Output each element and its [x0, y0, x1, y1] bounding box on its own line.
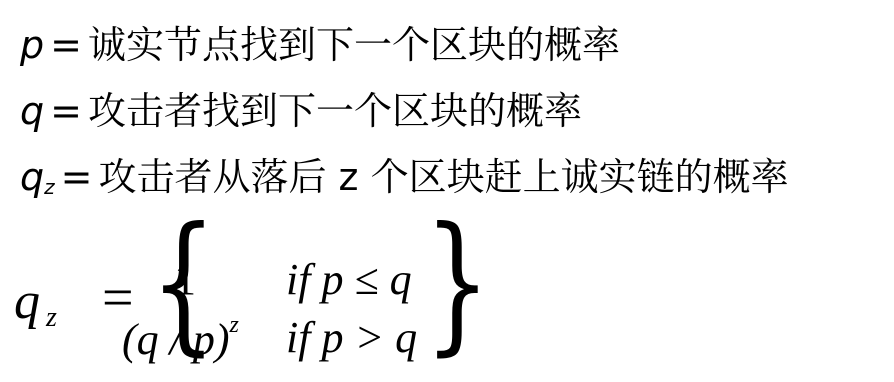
definition-p: p=诚实节点找到下一个区块的概率 [20, 22, 620, 68]
definition-q: q=攻击者找到下一个区块的概率 [20, 88, 582, 134]
lhs-subscript: z [46, 302, 57, 333]
case-1-condition: if p ≤ q [286, 254, 412, 305]
case-2-base: (q / p) [122, 315, 230, 364]
case-2-condition: if p > q [286, 312, 417, 363]
symbol-q: q [20, 89, 44, 133]
equals-sign: = [61, 155, 93, 199]
case-2-value: (q / p)z [122, 312, 239, 365]
piecewise-formula: qz = { 1 if p ≤ q (q / p)z if p > q } [14, 226, 464, 376]
equals-sign: = [50, 89, 82, 133]
right-brace: } [424, 208, 491, 358]
definition-text: 攻击者从落后 z 个区块赶上诚实链的概率 [98, 155, 788, 199]
definition-qz: qz=攻击者从落后 z 个区块赶上诚实链的概率 [20, 154, 789, 210]
definition-text: 诚实节点找到下一个区块的概率 [88, 23, 620, 67]
formula-lhs: qz [14, 272, 57, 334]
symbol-p: p [20, 23, 44, 67]
case-1-value: 1 [174, 254, 196, 305]
subscript-z: z [44, 175, 55, 199]
definition-text: 攻击者找到下一个区块的概率 [88, 89, 582, 133]
symbol-q: q [20, 155, 44, 199]
lhs-symbol: q [14, 273, 40, 330]
equals-sign: = [50, 23, 82, 67]
case-2-exponent: z [230, 312, 239, 338]
